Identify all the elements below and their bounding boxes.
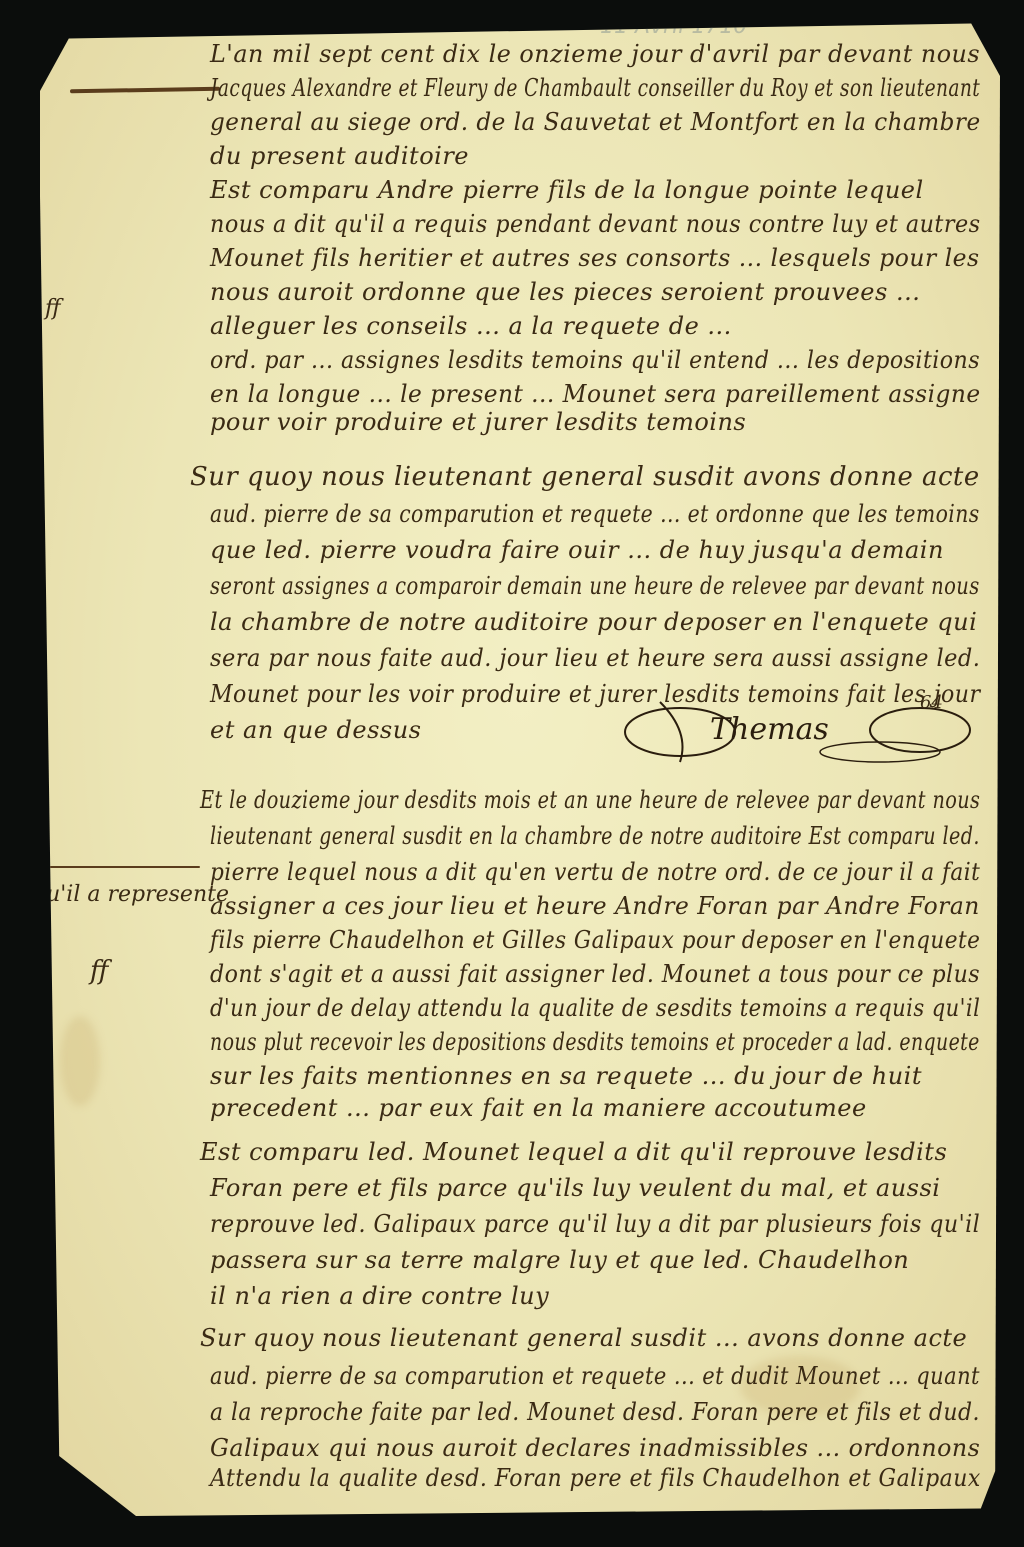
text-line: Mounet fils heritier et autres ses conso… [210, 244, 979, 272]
text-line: ord. par ... assignes lesdits temoins qu… [210, 346, 980, 374]
paper-stain [60, 1016, 100, 1106]
text-line: il n'a rien a dire contre luy [210, 1282, 549, 1310]
text-line: general au siege ord. de la Sauvetat et … [210, 108, 981, 136]
margin-mark: ff [45, 296, 61, 321]
text-line: et an que dessus [210, 716, 422, 744]
text-line: la chambre de notre auditoire pour depos… [210, 608, 977, 636]
text-line: pierre lequel nous a dit qu'en vertu de … [210, 858, 980, 886]
text-line: en la longue ... le present ... Mounet s… [210, 380, 981, 408]
text-line: que led. pierre voudra faire ouir ... de… [210, 536, 944, 564]
strike-through [70, 87, 220, 94]
text-line: Jacques Alexandre et Fleury de Chambault… [210, 74, 980, 102]
signature-name: Themas [710, 712, 829, 747]
text-line: seront assignes a comparoir demain une h… [210, 572, 980, 600]
text-line: Sur quoy nous lieutenant general susdit … [200, 1324, 967, 1352]
text-line: Galipaux qui nous auroit declares inadmi… [210, 1434, 980, 1462]
text-line: reprouve led. Galipaux parce qu'il luy a… [210, 1210, 980, 1238]
pencil-date: 11 Avril 1710 [600, 14, 747, 39]
text-line: aud. pierre de sa comparution et requete… [210, 1362, 980, 1390]
text-line: alleguer les conseils ... a la requete d… [210, 312, 732, 340]
text-line: assigner a ces jour lieu et heure Andre … [210, 892, 980, 920]
text-line: nous plut recevoir les depositions desdi… [210, 1028, 980, 1056]
text-line: lieutenant general susdit en la chambre … [210, 822, 980, 850]
manuscript-page: 11 Avril 1710 L'an mil sept cent dix le … [40, 16, 1000, 1516]
text-line: Et le douzieme jour desdits mois et an u… [200, 786, 980, 814]
text-line: passera sur sa terre malgre luy et que l… [210, 1246, 909, 1274]
text-line: Est comparu led. Mounet lequel a dit qu'… [200, 1138, 947, 1166]
text-line: du present auditoire [210, 142, 469, 170]
text-line: Foran pere et fils parce qu'ils luy veul… [210, 1174, 940, 1202]
text-line: dont s'agit et a aussi fait assigner led… [210, 960, 980, 988]
text-line: Attendu la qualite desd. Foran pere et f… [210, 1464, 981, 1492]
text-line: a la reproche faite par led. Mounet desd… [210, 1398, 980, 1426]
margin-note: qu'il a represente [32, 882, 229, 907]
text-line: fils pierre Chaudelhon et Gilles Galipau… [210, 926, 980, 954]
text-line: nous auroit ordonne que les pieces seroi… [210, 278, 920, 306]
text-line: L'an mil sept cent dix le onzieme jour d… [210, 40, 980, 68]
text-line: aud. pierre de sa comparution et requete… [210, 500, 980, 528]
signature: Themas 64 [620, 692, 960, 772]
margin-rule [40, 866, 200, 868]
text-line: sera par nous faite aud. jour lieu et he… [210, 644, 980, 672]
text-line: precedent ... par eux fait en la maniere… [210, 1094, 867, 1122]
text-line: sur les faits mentionnes en sa requete .… [210, 1062, 922, 1090]
margin-flourish: ff [90, 956, 108, 986]
signature-mark: 64 [920, 692, 943, 713]
text-line: Sur quoy nous lieutenant general susdit … [190, 462, 980, 492]
text-line: Est comparu Andre pierre fils de la long… [210, 176, 924, 204]
text-line: pour voir produire et jurer lesdits temo… [210, 408, 746, 436]
text-line: nous a dit qu'il a requis pendant devant… [210, 210, 981, 238]
text-line: d'un jour de delay attendu la qualite de… [210, 994, 980, 1022]
